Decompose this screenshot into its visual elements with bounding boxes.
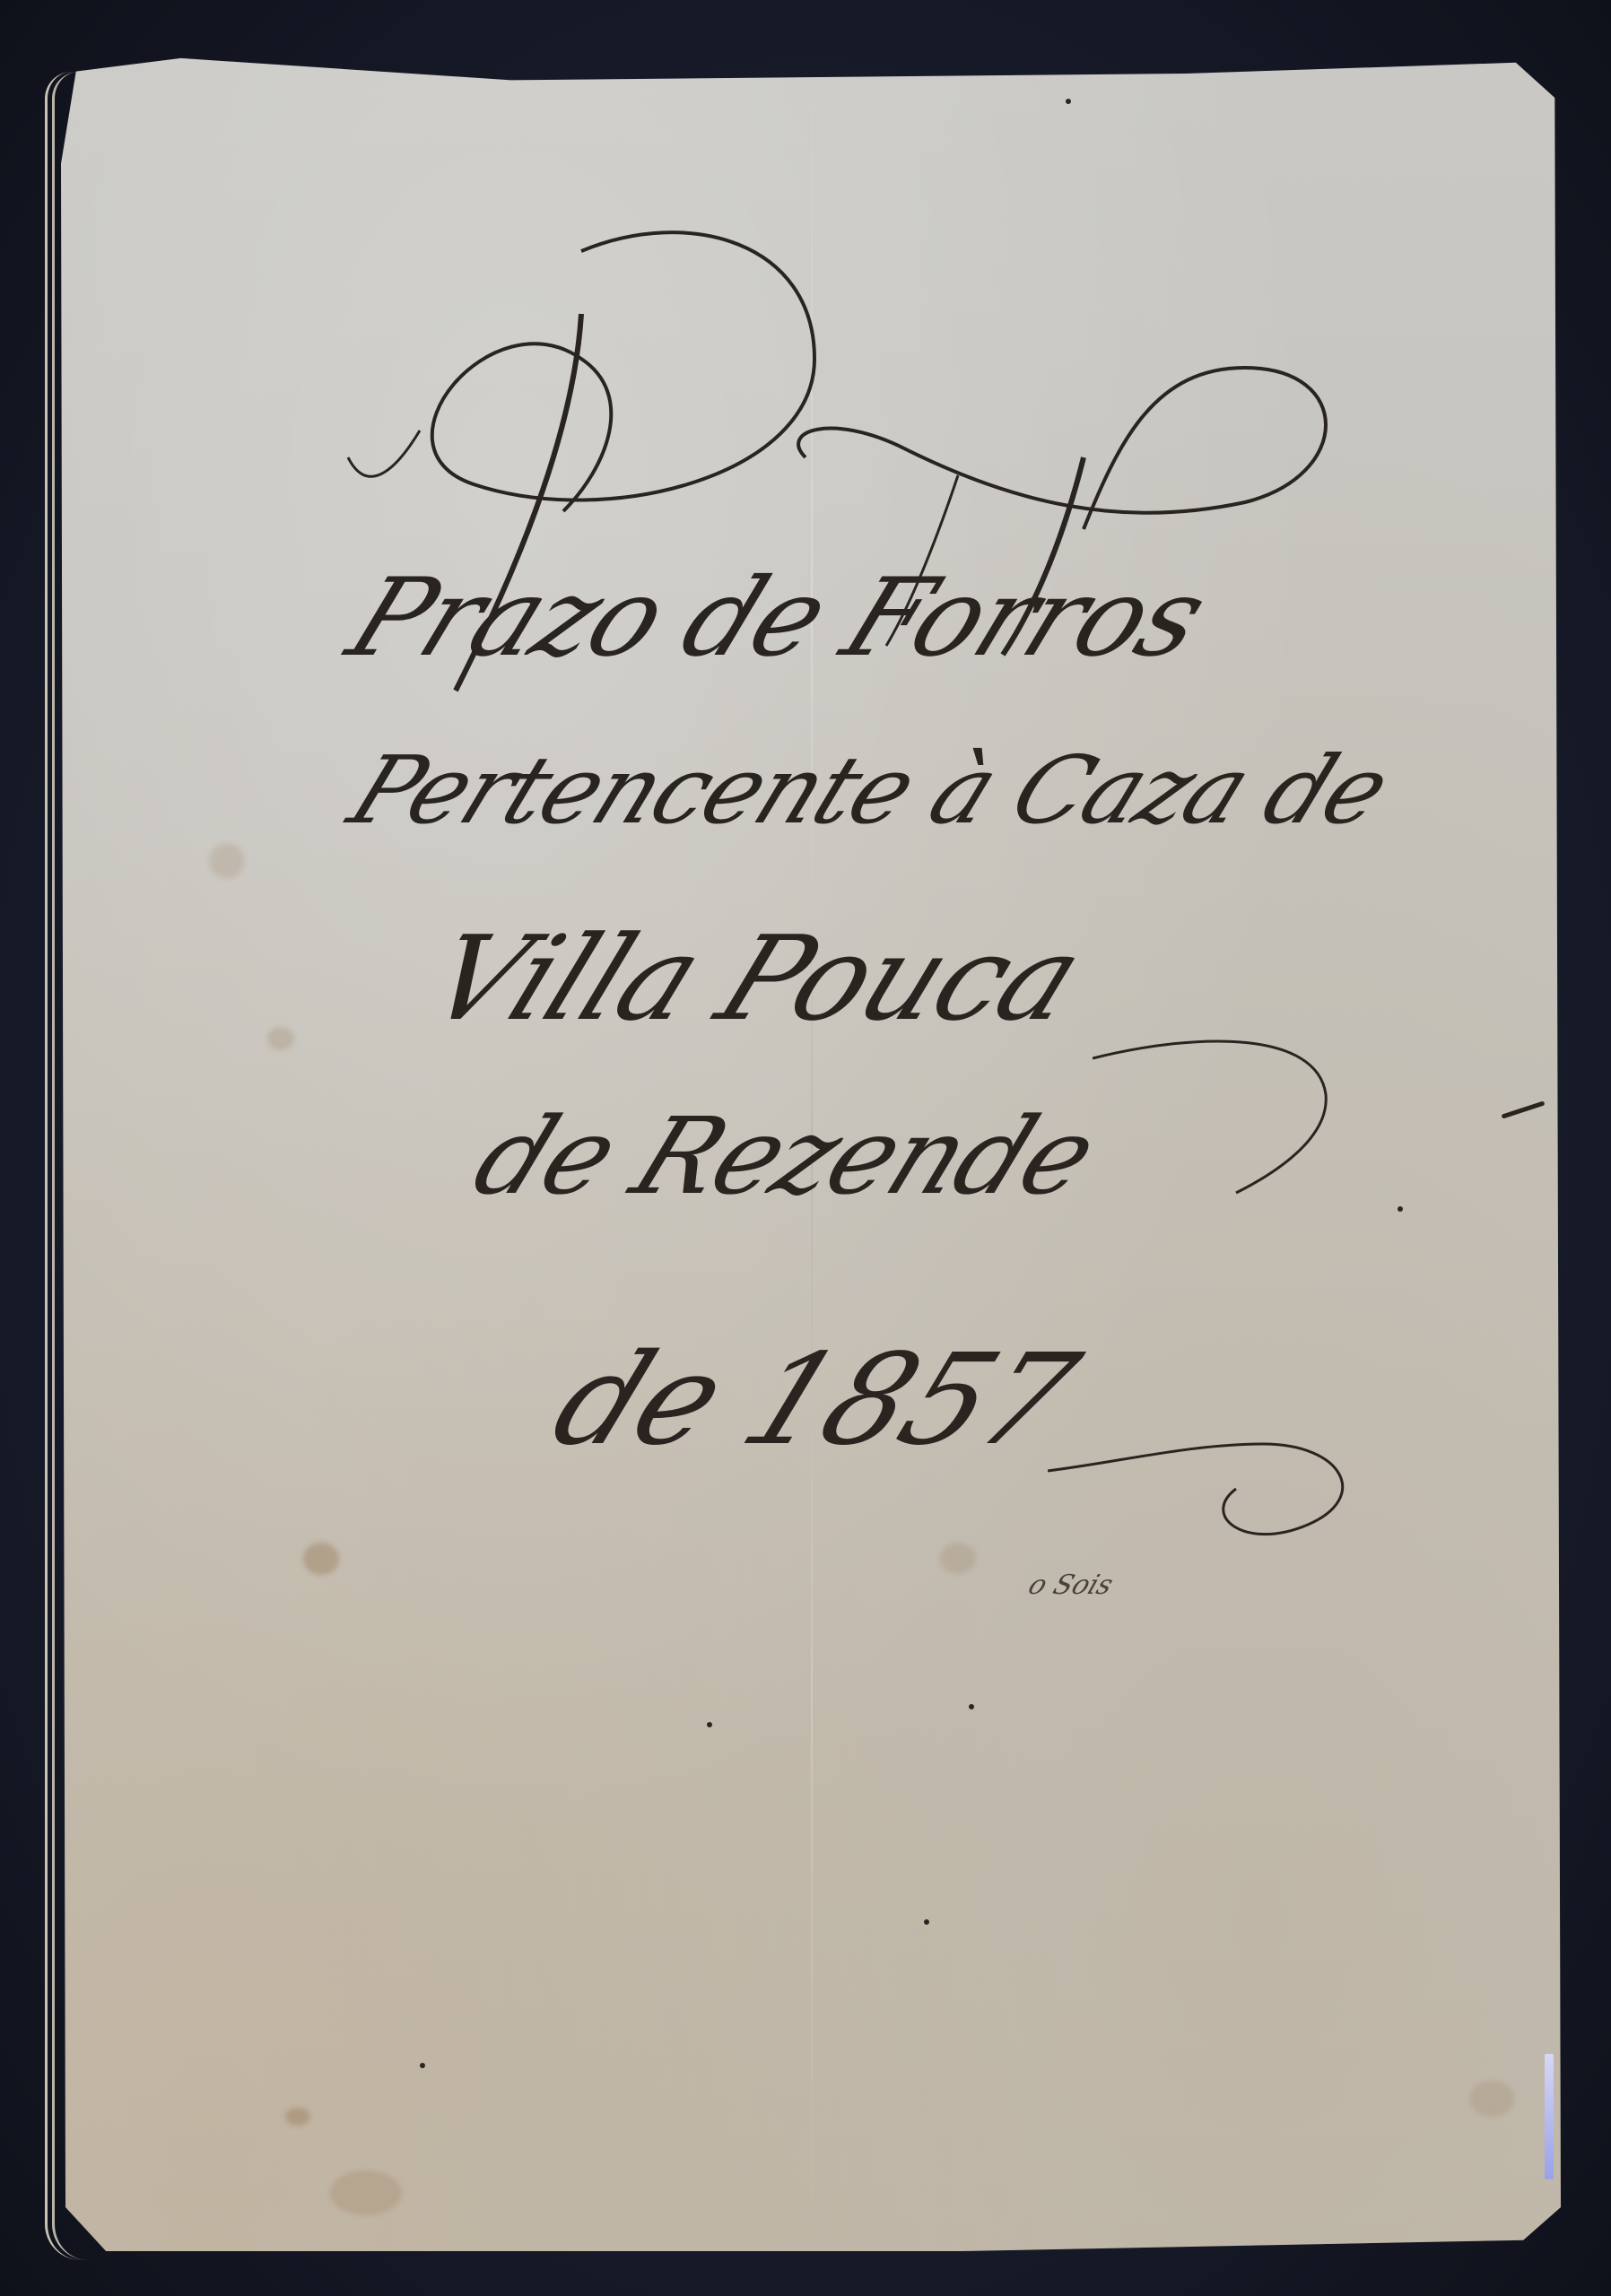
- title-line-3: Villa Pouca: [410, 910, 1100, 1047]
- date-underline-flourish: [1048, 1417, 1424, 1561]
- foxing-stain: [285, 2108, 310, 2126]
- ink-speck: [707, 1722, 712, 1727]
- title-line-1: Prazo de Forros: [332, 556, 1223, 681]
- foxing-stain: [330, 2170, 402, 2215]
- foxing-stain: [267, 1027, 294, 1050]
- manuscript-page: Prazo de Forros Pertencente à Caza de Vi…: [61, 54, 1561, 2251]
- margin-stroke-mark: [1501, 1100, 1545, 1118]
- foxing-stain: [209, 843, 245, 879]
- ink-speck: [1066, 99, 1071, 104]
- foxing-stain: [1469, 2081, 1514, 2117]
- foxing-stain: [303, 1543, 339, 1575]
- title-line-4: de Rezende: [457, 1094, 1113, 1218]
- ink-speck: [924, 1919, 929, 1925]
- ink-speck: [969, 1704, 974, 1709]
- foxing-stain: [940, 1543, 976, 1574]
- manuscript-stack: Prazo de Forros Pertencente à Caza de Vi…: [45, 54, 1579, 2265]
- villa-pouca-tail-flourish: [1093, 1022, 1362, 1202]
- margin-note: o Sois: [1024, 1570, 1118, 1601]
- title-line-5-date: de 1857: [534, 1327, 1094, 1474]
- title-line-2: Pertencente à Caza de: [335, 735, 1404, 845]
- blue-tab-edge: [1545, 2054, 1554, 2179]
- ink-speck: [1398, 1206, 1403, 1212]
- ink-speck: [420, 2063, 425, 2068]
